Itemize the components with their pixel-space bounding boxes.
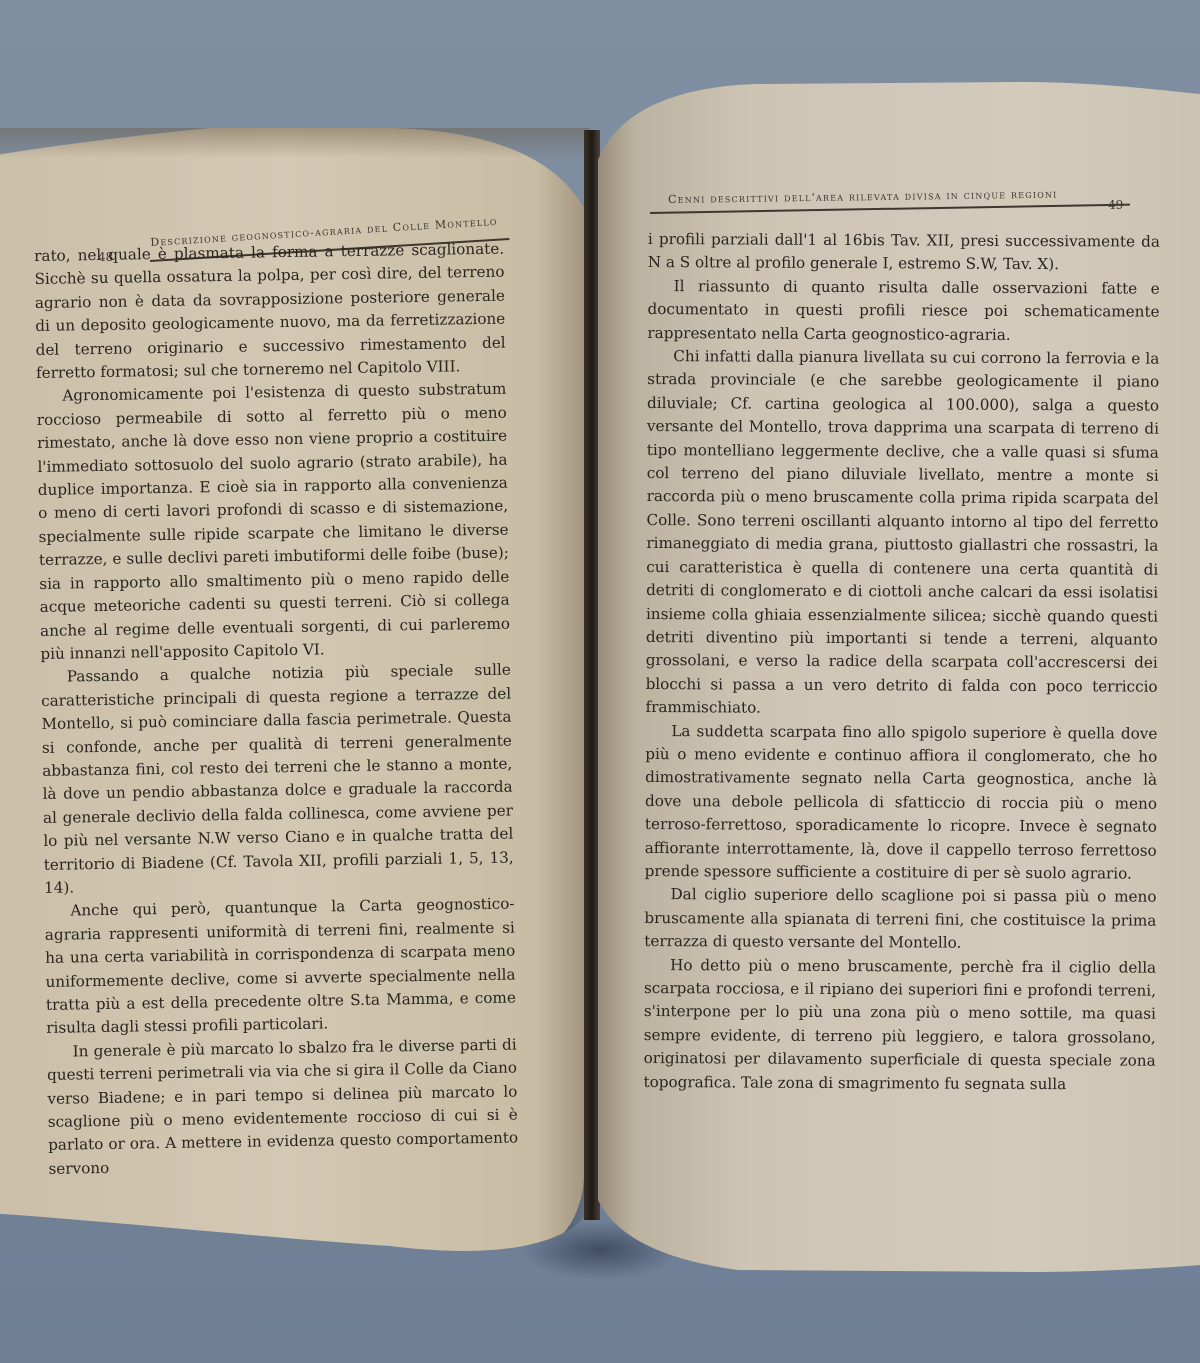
paragraph: In generale è più marcato lo sbalzo fra … [47, 1033, 519, 1181]
paragraph: Passando a qualche notizia più speciale … [41, 659, 515, 900]
paragraph: Anche qui però, quantunque la Carta geog… [44, 893, 516, 1041]
left-page-body: rato, nel quale è plasmata la forma a te… [34, 238, 519, 1182]
paragraph: La suddetta scarpata fino allo spigolo s… [645, 720, 1158, 887]
paragraph: Chi infatti dalla pianura livellata su c… [645, 345, 1159, 722]
paragraph: Dal ciglio superiore dello scaglione poi… [644, 883, 1156, 956]
paragraph: Il riassunto di quanto risulta dalle oss… [647, 275, 1159, 348]
paragraph: Agronomicamente poi l'esistenza di quest… [36, 378, 510, 666]
paragraph: rato, nel quale è plasmata la forma a te… [34, 238, 506, 386]
paragraph: i profili parziali dall'1 al 16bis Tav. … [648, 228, 1160, 277]
book-gutter [584, 130, 600, 1220]
right-page-body: i profili parziali dall'1 al 16bis Tav. … [643, 228, 1160, 1097]
paragraph: Ho detto più o meno bruscamente, perchè … [643, 954, 1156, 1097]
